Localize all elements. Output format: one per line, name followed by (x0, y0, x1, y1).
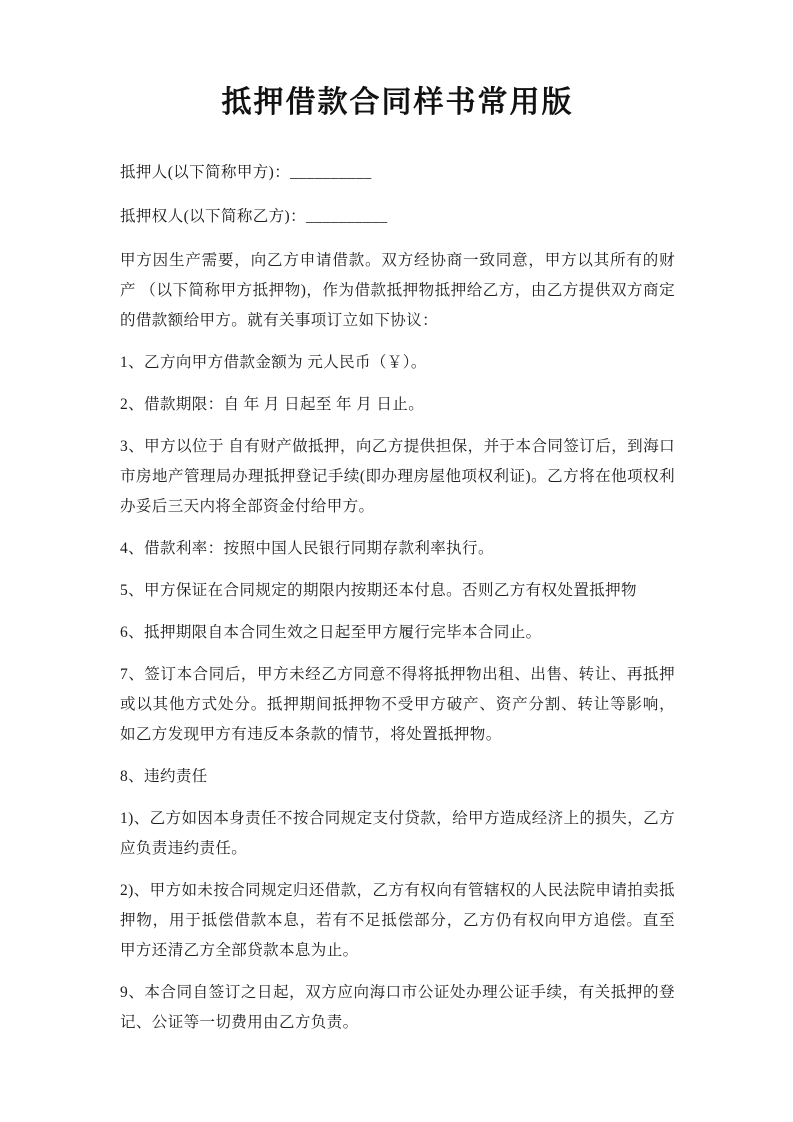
document-body: 抵押人(以下简称甲方)：__________抵押权人(以下简称乙方)：_____… (120, 158, 675, 1038)
contract-paragraph: 5、甲方保证在合同规定的期限内按期还本付息。否则乙方有权处置抵押物 (120, 576, 675, 606)
contract-paragraph: 1、乙方向甲方借款金额为 元人民币（￥）。 (120, 348, 675, 378)
contract-paragraph: 8、违约责任 (120, 762, 675, 792)
contract-paragraph: 4、借款利率：按照中国人民银行同期存款利率执行。 (120, 534, 675, 564)
document-page: 抵押借款合同样书常用版 抵押人(以下简称甲方)：__________抵押权人(以… (0, 0, 793, 1122)
contract-paragraph: 3、甲方以位于 自有财产做抵押，向乙方提供担保，并于本合同签订后，到海口市房地产… (120, 432, 675, 522)
contract-paragraph: 1)、乙方如因本身责任不按合同规定支付贷款，给甲方造成经济上的损失，乙方应负责违… (120, 804, 675, 864)
contract-paragraph: 6、抵押期限自本合同生效之日起至甲方履行完毕本合同止。 (120, 618, 675, 648)
document-title: 抵押借款合同样书常用版 (120, 80, 675, 126)
contract-paragraph: 2)、甲方如未按合同规定归还借款，乙方有权向有管辖权的人民法院申请拍卖抵押物，用… (120, 876, 675, 966)
contract-field-line: 抵押人(以下简称甲方)：__________ (120, 158, 675, 188)
contract-paragraph: 甲方因生产需要，向乙方申请借款。双方经协商一致同意，甲方以其所有的财产 （以下简… (120, 246, 675, 336)
contract-paragraph: 2、借款期限：自 年 月 日起至 年 月 日止。 (120, 390, 675, 420)
contract-paragraph: 7、签订本合同后，甲方未经乙方同意不得将抵押物出租、出售、转让、再抵押或以其他方… (120, 660, 675, 750)
contract-paragraph: 9、本合同自签订之日起，双方应向海口市公证处办理公证手续，有关抵押的登记、公证等… (120, 978, 675, 1038)
contract-field-line: 抵押权人(以下简称乙方)：__________ (120, 202, 675, 232)
